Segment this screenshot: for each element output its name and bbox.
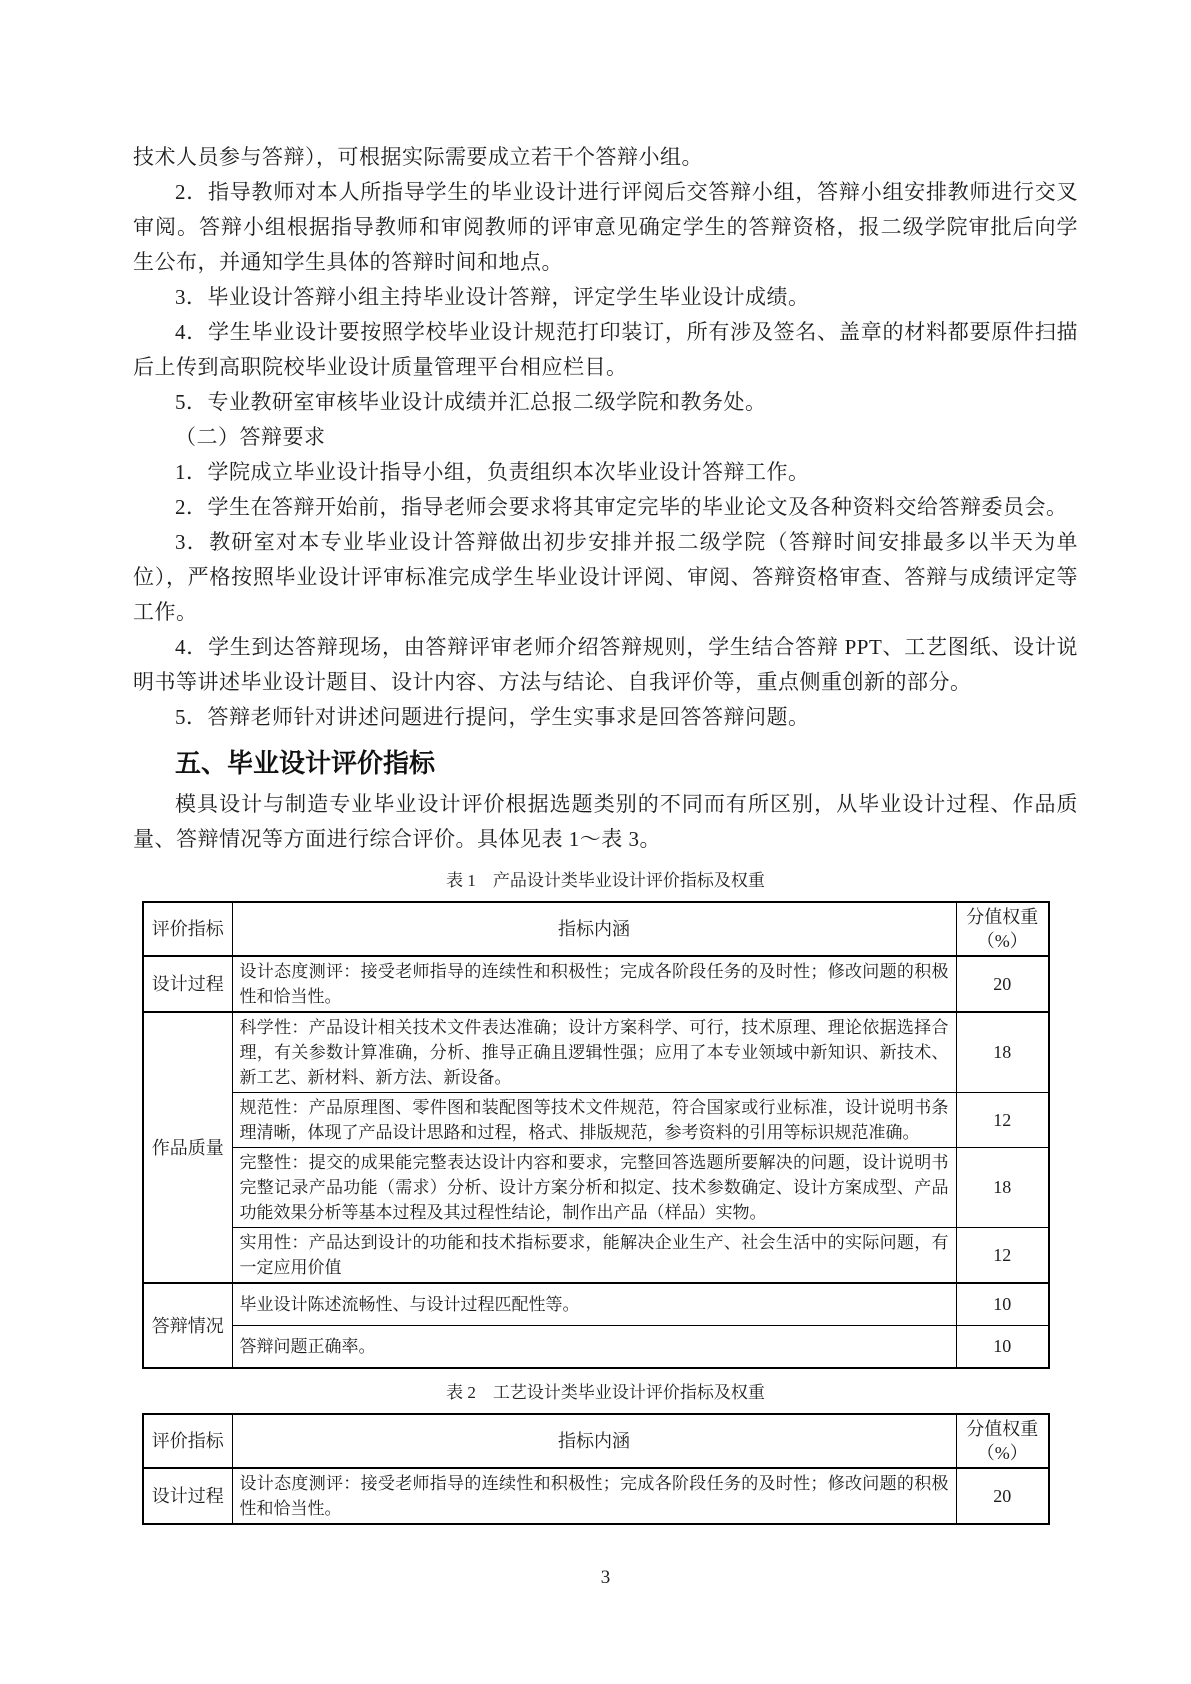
body-paragraph: 1．学院成立毕业设计指导小组，负责组织本次毕业设计答辩工作。 xyxy=(133,455,1078,490)
weight-cell: 20 xyxy=(956,956,1049,1012)
table-row: 设计过程 设计态度测评：接受老师指导的连续性和积极性；完成各阶段任务的及时性；修… xyxy=(143,956,1049,1012)
body-paragraph: 3．教研室对本专业毕业设计答辩做出初步安排并报二级学院（答辩时间安排最多以半天为… xyxy=(133,525,1078,630)
table-row: 答辩问题正确率。 10 xyxy=(143,1326,1049,1369)
header-cell-weight: 分值权重（%） xyxy=(956,902,1049,956)
weight-cell: 10 xyxy=(956,1326,1049,1369)
indicator-cell: 答辩问题正确率。 xyxy=(232,1326,956,1369)
weight-cell: 18 xyxy=(956,1012,1049,1093)
body-paragraph: 4．学生毕业设计要按照学校毕业设计规范打印装订，所有涉及签名、盖章的材料都要原件… xyxy=(133,315,1078,385)
header-cell-indicator: 指标内涵 xyxy=(232,902,956,956)
page-content: 技术人员参与答辩），可根据实际需要成立若干个答辩小组。 2．指导教师对本人所指导… xyxy=(133,140,1078,1589)
body-paragraph: 2．学生在答辩开始前，指导老师会要求将其审定完毕的毕业论文及各种资料交给答辩委员… xyxy=(133,490,1078,525)
section-heading: 五、毕业设计评价指标 xyxy=(133,743,1078,783)
table1-caption: 表 1 产品设计类毕业设计评价指标及权重 xyxy=(133,869,1078,893)
body-paragraph: 4．学生到达答辩现场，由答辩评审老师介绍答辩规则，学生结合答辩 PPT、工艺图纸… xyxy=(133,630,1078,700)
table-row: 作品质量 科学性：产品设计相关技术文件表达准确；设计方案科学、可行，技术原理、理… xyxy=(143,1012,1049,1093)
header-cell-criterion: 评价指标 xyxy=(143,902,232,956)
criterion-cell: 答辩情况 xyxy=(143,1283,232,1368)
table2-caption: 表 2 工艺设计类毕业设计评价指标及权重 xyxy=(133,1381,1078,1405)
body-paragraph: 3．毕业设计答辩小组主持毕业设计答辩，评定学生毕业设计成绩。 xyxy=(133,280,1078,315)
subsection-heading: （二）答辩要求 xyxy=(133,420,1078,455)
header-cell-indicator: 指标内涵 xyxy=(232,1414,956,1468)
body-paragraph: 5．答辩老师针对讲述问题进行提问，学生实事求是回答答辩问题。 xyxy=(133,700,1078,735)
indicator-cell: 科学性：产品设计相关技术文件表达准确；设计方案科学、可行，技术原理、理论依据选择… xyxy=(232,1012,956,1093)
document-page: 技术人员参与答辩），可根据实际需要成立若干个答辩小组。 2．指导教师对本人所指导… xyxy=(0,0,1191,1684)
page-number: 3 xyxy=(133,1567,1078,1589)
weight-cell: 12 xyxy=(956,1228,1049,1284)
criterion-cell: 设计过程 xyxy=(143,956,232,1012)
weight-cell: 20 xyxy=(956,1468,1049,1524)
table1-product-design-evaluation: 评价指标 指标内涵 分值权重（%） 设计过程 设计态度测评：接受老师指导的连续性… xyxy=(142,901,1050,1369)
table-row: 规范性：产品原理图、零件图和装配图等技术文件规范，符合国家或行业标准，设计说明书… xyxy=(143,1093,1049,1148)
indicator-cell: 规范性：产品原理图、零件图和装配图等技术文件规范，符合国家或行业标准，设计说明书… xyxy=(232,1093,956,1148)
header-cell-weight: 分值权重（%） xyxy=(956,1414,1049,1468)
body-paragraph: 5．专业教研室审核毕业设计成绩并汇总报二级学院和教务处。 xyxy=(133,385,1078,420)
weight-cell: 18 xyxy=(956,1148,1049,1228)
table-header-row: 评价指标 指标内涵 分值权重（%） xyxy=(143,902,1049,956)
indicator-cell: 毕业设计陈述流畅性、与设计过程匹配性等。 xyxy=(232,1283,956,1326)
table-header-row: 评价指标 指标内涵 分值权重（%） xyxy=(143,1414,1049,1468)
indicator-cell: 设计态度测评：接受老师指导的连续性和积极性；完成各阶段任务的及时性；修改问题的积… xyxy=(232,1468,956,1524)
intro-paragraph: 模具设计与制造专业毕业设计评价根据选题类别的不同而有所区别，从毕业设计过程、作品… xyxy=(133,787,1078,857)
table-row: 设计过程 设计态度测评：接受老师指导的连续性和积极性；完成各阶段任务的及时性；修… xyxy=(143,1468,1049,1524)
criterion-cell: 作品质量 xyxy=(143,1012,232,1283)
table-row: 实用性：产品达到设计的功能和技术指标要求，能解决企业生产、社会生活中的实际问题，… xyxy=(143,1228,1049,1284)
table-row: 完整性：提交的成果能完整表达设计内容和要求，完整回答选题所要解决的问题，设计说明… xyxy=(143,1148,1049,1228)
body-paragraph: 技术人员参与答辩），可根据实际需要成立若干个答辩小组。 xyxy=(133,140,1078,175)
weight-cell: 10 xyxy=(956,1283,1049,1326)
indicator-cell: 设计态度测评：接受老师指导的连续性和积极性；完成各阶段任务的及时性；修改问题的积… xyxy=(232,956,956,1012)
weight-cell: 12 xyxy=(956,1093,1049,1148)
indicator-cell: 实用性：产品达到设计的功能和技术指标要求，能解决企业生产、社会生活中的实际问题，… xyxy=(232,1228,956,1284)
body-paragraph: 2．指导教师对本人所指导学生的毕业设计进行评阅后交答辩小组，答辩小组安排教师进行… xyxy=(133,175,1078,280)
table-row: 答辩情况 毕业设计陈述流畅性、与设计过程匹配性等。 10 xyxy=(143,1283,1049,1326)
indicator-cell: 完整性：提交的成果能完整表达设计内容和要求，完整回答选题所要解决的问题，设计说明… xyxy=(232,1148,956,1228)
header-cell-criterion: 评价指标 xyxy=(143,1414,232,1468)
table2-process-design-evaluation: 评价指标 指标内涵 分值权重（%） 设计过程 设计态度测评：接受老师指导的连续性… xyxy=(142,1413,1050,1525)
criterion-cell: 设计过程 xyxy=(143,1468,232,1524)
